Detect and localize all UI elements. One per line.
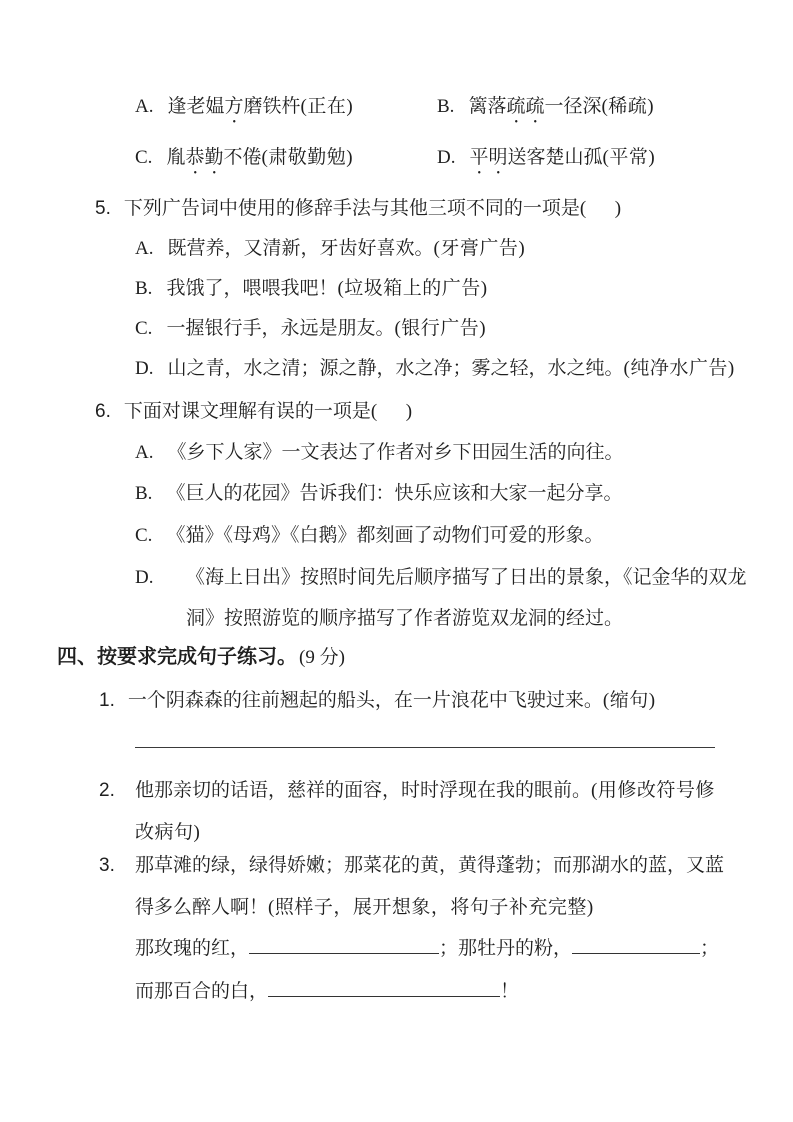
emphasis-dotted-text: 平明 <box>469 147 507 168</box>
option-label: D. <box>437 147 455 168</box>
q5-option-b: B.我饿了，喂喂我吧！(垃圾箱上的广告) <box>135 276 488 302</box>
question-number: 5. <box>95 198 111 219</box>
section-score: (9 分) <box>299 647 345 668</box>
exam-page: A.逢老媪方磨铁杵(正在) B.篱落疏疏一径深(稀疏) C.胤恭勤不倦(肃敬勤勉… <box>0 0 793 1122</box>
option-text: 胤 <box>166 147 185 168</box>
option-note: (垃圾箱上的广告) <box>337 278 487 299</box>
fill-blank-2 <box>572 940 700 954</box>
question-text: 他那亲切的话语，慈祥的面容，时时浮现在我的眼前。 <box>135 780 591 801</box>
option-text: 送客楚山孤 <box>508 147 603 168</box>
option-text: 一握银行手，永远是朋友。 <box>166 318 394 339</box>
fill-separator: ； <box>700 938 719 959</box>
question-number: 3. <box>99 845 135 887</box>
q6-option-c: C.《猫》《母鸡》《白鹅》都刻画了动物们可爱的形象。 <box>135 523 603 549</box>
s4-q1: 1.一个阴森森的往前翘起的船头，在一片浪花中飞驶过来。(缩句) <box>99 688 656 714</box>
question-number: 1. <box>99 690 115 711</box>
option-text: 《猫》《母鸡》《白鹅》都刻画了动物们可爱的形象。 <box>166 525 603 546</box>
fill-blank-3 <box>268 983 500 997</box>
section-title: 四、按要求完成句子练习。 <box>57 646 297 668</box>
option-note: (银行广告) <box>394 318 486 339</box>
fill-blank-1 <box>249 940 439 954</box>
option-label: A. <box>135 442 153 463</box>
option-label: B. <box>135 483 152 504</box>
question-text: 一个阴森森的往前翘起的船头，在一片浪花中飞驶过来。 <box>128 690 603 711</box>
option-note: (正在) <box>301 96 354 117</box>
stem-text: 下面对课文理解有误的一项是 <box>124 401 371 422</box>
q4-option-d: D.平明送客楚山孤(平常) <box>437 145 655 179</box>
option-text: 《巨人的花园》告诉我们：快乐应该和大家一起分享。 <box>166 483 622 504</box>
option-note: (牙膏广告) <box>434 238 526 259</box>
q6-option-b: B.《巨人的花园》告诉我们：快乐应该和大家一起分享。 <box>135 481 622 507</box>
option-text: 既营养，又清新，牙齿好喜欢。 <box>167 238 433 259</box>
q4-option-c: C.胤恭勤不倦(肃敬勤勉) <box>135 145 353 179</box>
q5-option-a: A.既营养，又清新，牙齿好喜欢。(牙膏广告) <box>135 236 525 262</box>
q5-stem: 5.下列广告词中使用的修辞手法与其他三项不同的一项是( ) <box>95 196 621 222</box>
option-label: B. <box>437 96 454 117</box>
q5-option-c: C.一握银行手，永远是朋友。(银行广告) <box>135 316 486 342</box>
option-label: D. <box>135 358 153 379</box>
q4-option-a: A.逢老媪方磨铁杵(正在) <box>135 94 353 128</box>
q6-option-d: D. 《海上日出》按照时间先后顺序描写了日出的景象，《记金华的双龙洞》按照游览的… <box>135 557 760 639</box>
option-text: 不倦 <box>223 147 261 168</box>
q6-option-a: A.《乡下人家》一文表达了作者对乡下田园生活的向往。 <box>135 440 624 466</box>
option-label: A. <box>135 96 153 117</box>
question-number: 6. <box>95 401 111 422</box>
emphasis-dotted-text: 疏疏 <box>506 96 544 117</box>
q5-option-d: D.山之青，水之清；源之静，水之净；雾之轻，水之纯。(纯净水广告) <box>135 356 735 382</box>
question-number: 2. <box>99 770 135 812</box>
emphasis-dotted-text: 方 <box>225 96 244 117</box>
option-label: C. <box>135 525 152 546</box>
option-label: D. <box>135 557 172 598</box>
s4-q2: 2. 他那亲切的话语，慈祥的面容，时时浮现在我的眼前。(用修改符号修改病句) <box>99 770 759 854</box>
emphasis-dotted-text: 恭勤 <box>185 147 223 168</box>
section-4-header: 四、按要求完成句子练习。(9 分) <box>57 644 345 671</box>
fill-text: 那牡丹的粉， <box>458 938 572 959</box>
fill-end-mark: ！ <box>500 981 519 1002</box>
fill-text: 而那百合的白， <box>135 981 268 1002</box>
option-label: C. <box>135 147 152 168</box>
option-text: 一径深 <box>544 96 601 117</box>
option-note: (肃敬勤勉) <box>261 147 353 168</box>
answer-write-line <box>135 731 715 748</box>
option-text: 《乡下人家》一文表达了作者对乡下田园生活的向往。 <box>167 442 623 463</box>
answer-bracket: ( ) <box>371 401 412 422</box>
option-note: (纯净水广告) <box>624 358 735 379</box>
option-text: 山之青，水之清；源之静，水之净；雾之轻，水之纯。 <box>167 358 623 379</box>
question-note: (缩句) <box>603 690 656 711</box>
question-text-wrap: 他那亲切的话语，慈祥的面容，时时浮现在我的眼前。(用修改符号修改病句) <box>135 770 730 854</box>
s4-q3-fill-line-2: 而那百合的白，！ <box>135 979 519 1005</box>
option-text: 我饿了，喂喂我吧！ <box>166 278 337 299</box>
option-label: A. <box>135 238 153 259</box>
question-text-wrap: 那草滩的绿，绿得娇嫩；那菜花的黄，黄得蓬勃；而那湖水的蓝，又蓝得多么醉人啊！(照… <box>135 845 730 929</box>
s4-q3-fill-line-1: 那玫瑰的红，；那牡丹的粉，； <box>135 936 719 962</box>
option-note: (平常) <box>603 147 656 168</box>
option-note: (稀疏) <box>601 96 654 117</box>
option-text: 磨铁杵 <box>244 96 301 117</box>
fill-separator: ； <box>439 938 458 959</box>
option-label: C. <box>135 318 152 339</box>
s4-q3: 3. 那草滩的绿，绿得娇嫩；那菜花的黄，黄得蓬勃；而那湖水的蓝，又蓝得多么醉人啊… <box>99 845 759 929</box>
option-text: 《海上日出》按照时间先后顺序描写了日出的景象，《记金华的双龙洞》按照游览的顺序描… <box>186 557 760 639</box>
stem-text: 下列广告词中使用的修辞手法与其他三项不同的一项是 <box>124 198 580 219</box>
q4-option-b: B.篱落疏疏一径深(稀疏) <box>437 94 654 128</box>
option-text: 篱落 <box>468 96 506 117</box>
answer-bracket: ( ) <box>580 198 621 219</box>
option-text: 逢老媪 <box>167 96 224 117</box>
fill-text: 那玫瑰的红， <box>135 938 249 959</box>
q6-stem: 6.下面对课文理解有误的一项是( ) <box>95 399 412 425</box>
question-note: (照样子，展开想象，将句子补充完整) <box>268 897 594 918</box>
option-label: B. <box>135 278 152 299</box>
